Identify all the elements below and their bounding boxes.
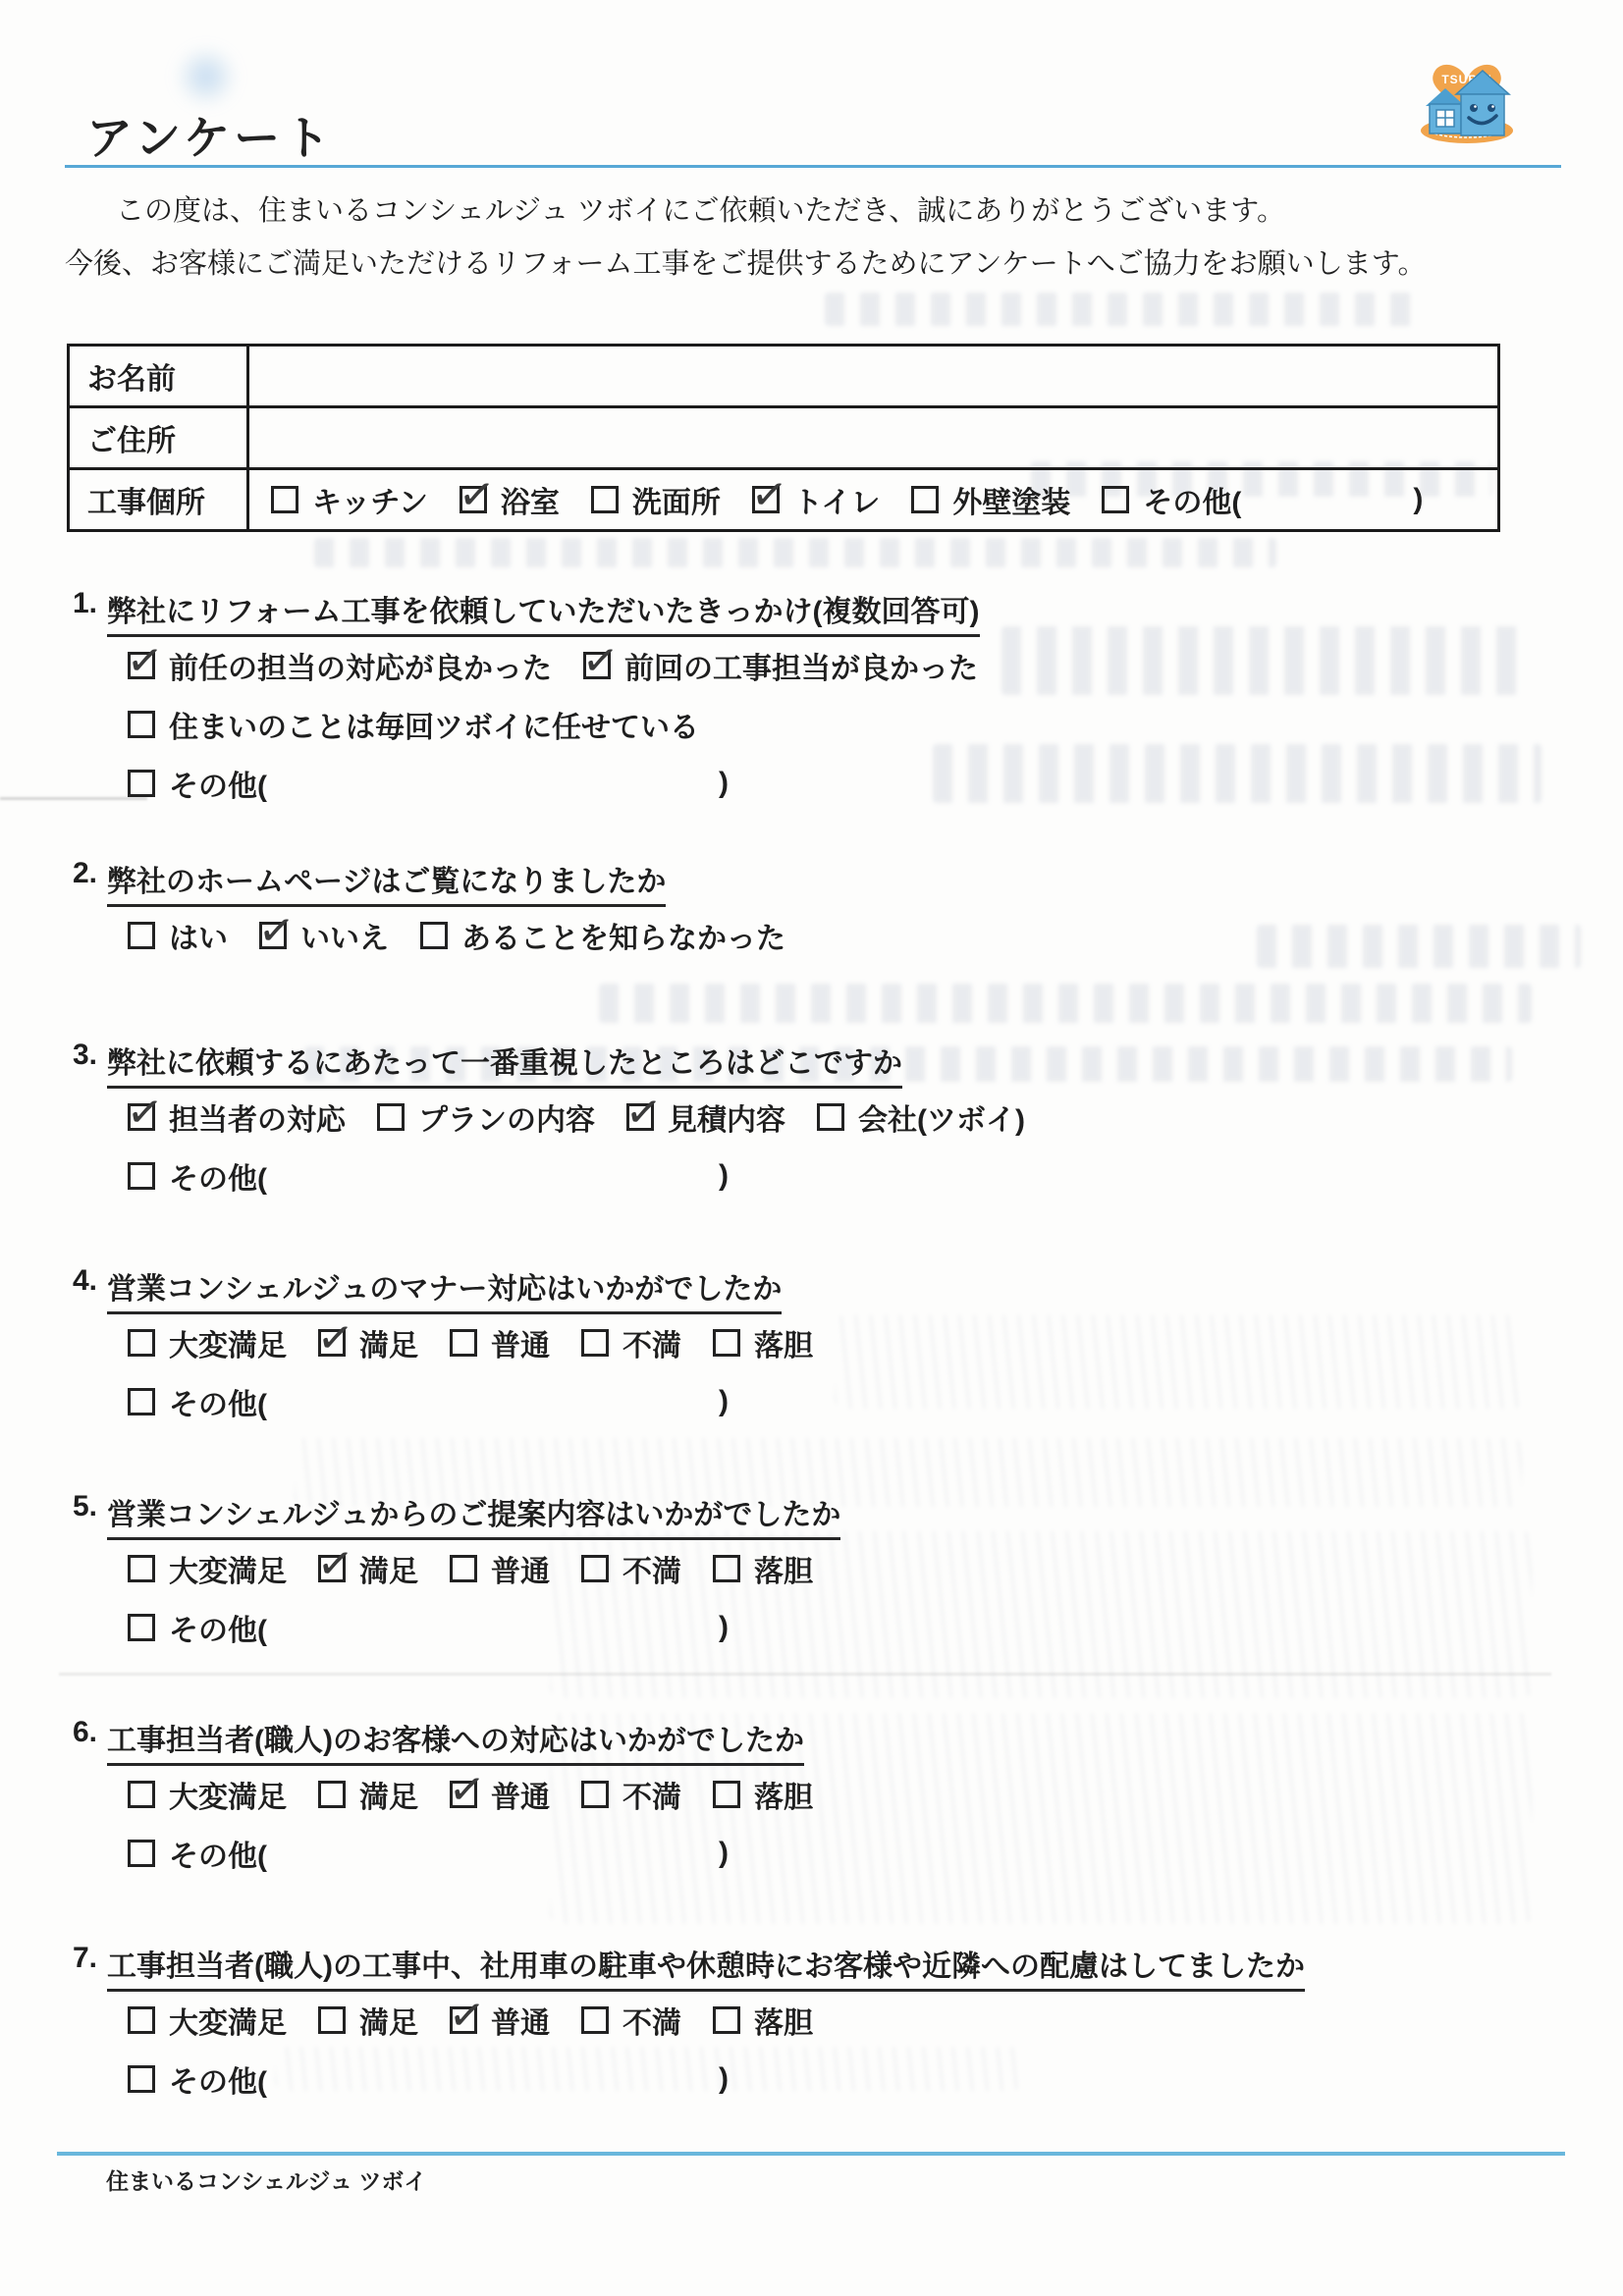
option-label: 不満 — [622, 1547, 681, 1590]
handwritten-check-icon: ✓ — [314, 1541, 355, 1588]
address-field[interactable] — [248, 407, 1499, 469]
option-label: いいえ — [300, 914, 389, 957]
option-label: その他( — [169, 1832, 267, 1875]
checkbox-unchecked[interactable] — [713, 1329, 740, 1357]
checkbox-unchecked[interactable] — [581, 2006, 609, 2034]
option-label: 不満 — [622, 1321, 681, 1364]
checkbox-unchecked[interactable] — [581, 1781, 609, 1808]
checkbox-unchecked[interactable] — [128, 1555, 155, 1582]
option-label: ) — [1413, 483, 1423, 516]
checkbox-option: ✓トイレ — [752, 478, 881, 521]
checkbox-unchecked[interactable] — [128, 922, 155, 949]
checkbox-option: ✓前任の担当の対応が良かった — [128, 644, 552, 687]
footer-rule — [57, 2152, 1565, 2156]
option-label: 外壁塗装 — [952, 478, 1070, 521]
question-1: 1.弊社にリフォーム工事を依頼していただいたきっかけ(複数回答可)✓前任の担当の… — [73, 587, 1545, 813]
title-underline-rule — [65, 165, 1561, 168]
checkbox-option: ✓前回の工事担当が良かった — [583, 644, 978, 687]
option-row: 大変満足✓満足普通不満落胆 — [73, 1313, 1545, 1372]
intro-line-2: 今後、お客様にご満足いただけるリフォーム工事をご提供するためにアンケートへご協力… — [65, 241, 1427, 282]
checkbox-checked[interactable]: ✓ — [318, 1329, 346, 1357]
option-row: その他() — [73, 754, 1545, 813]
checkbox-option: 落胆 — [713, 1547, 813, 1590]
option-label: 住まいのことは毎回ツボイに任せている — [169, 703, 699, 746]
checkbox-option: 大変満足 — [128, 1999, 287, 2042]
option-label: その他( — [169, 1154, 267, 1198]
checkbox-option: あることを知らなかった — [420, 914, 785, 957]
option-label: 落胆 — [754, 1321, 813, 1364]
checkbox-option: 住まいのことは毎回ツボイに任せている — [128, 703, 699, 746]
checkbox-option: 大変満足 — [128, 1547, 287, 1590]
checkbox-unchecked[interactable] — [713, 2006, 740, 2034]
checkbox-unchecked[interactable] — [420, 922, 448, 949]
checkbox-unchecked[interactable] — [128, 1614, 155, 1641]
option-label: キッチン — [312, 478, 428, 521]
option-label: 浴室 — [501, 478, 560, 521]
option-label: ) — [719, 1837, 729, 1870]
question-6: 6.工事担当者(職人)のお客様への対応はいかがでしたか大変満足満足✓普通不満落胆… — [73, 1716, 1545, 1883]
handwritten-check-icon: ✓ — [255, 908, 297, 955]
table-row-worksite: 工事個所 キッチン✓浴室洗面所✓トイレ外壁塗装その他() — [69, 469, 1499, 531]
option-label: 大変満足 — [169, 1773, 287, 1816]
question-7: 7.工事担当者(職人)の工事中、社用車の駐車や休憩時にお客様や近隣への配慮はして… — [73, 1942, 1545, 2109]
option-label: 洗面所 — [632, 478, 721, 521]
checkbox-option: 普通 — [450, 1321, 550, 1364]
checkbox-checked[interactable]: ✓ — [626, 1103, 654, 1131]
question-number: 3. — [73, 1039, 97, 1072]
option-row: その他() — [73, 1372, 1545, 1431]
option-label: ) — [719, 1611, 729, 1644]
option-row: 大変満足満足✓普通不満落胆 — [73, 1765, 1545, 1824]
checkbox-option: その他() — [128, 2057, 729, 2101]
row-label-address: ご住所 — [69, 407, 248, 469]
checkbox-option: その他() — [128, 762, 729, 805]
option-label: 落胆 — [754, 1999, 813, 2042]
question-number: 2. — [73, 857, 97, 890]
checkbox-option: ✓満足 — [318, 1547, 418, 1590]
checkbox-option: キッチン — [271, 478, 428, 521]
checkbox-unchecked[interactable] — [713, 1555, 740, 1582]
handwritten-check-icon: ✓ — [748, 472, 789, 519]
checkbox-checked[interactable]: ✓ — [259, 922, 287, 949]
checkbox-unchecked[interactable] — [450, 1329, 477, 1357]
option-label: その他( — [169, 1606, 267, 1649]
checkbox-option: 会社(ツボイ) — [817, 1095, 1025, 1139]
checkbox-checked[interactable]: ✓ — [450, 2006, 477, 2034]
checkbox-unchecked[interactable] — [128, 1781, 155, 1808]
question-title: 営業コンシェルジュのマナー対応はいかがでしたか — [107, 1264, 782, 1314]
checkbox-unchecked[interactable] — [581, 1555, 609, 1582]
option-row: その他() — [73, 2050, 1545, 2109]
checkbox-option: ✓普通 — [450, 1999, 550, 2042]
checkbox-unchecked[interactable] — [128, 2065, 155, 2093]
checkbox-option: ✓担当者の対応 — [128, 1095, 346, 1139]
option-label: 満足 — [359, 1547, 418, 1590]
checkbox-option: その他() — [128, 1832, 729, 1875]
option-label: ) — [719, 2062, 729, 2096]
option-row: その他() — [73, 1598, 1545, 1657]
option-row: ✓前任の担当の対応が良かった✓前回の工事担当が良かった — [73, 636, 1545, 695]
questions: 1.弊社にリフォーム工事を依頼していただいたきっかけ(複数回答可)✓前任の担当の… — [73, 587, 1545, 2153]
option-label: その他( — [169, 2057, 267, 2101]
option-label: 普通 — [491, 1773, 550, 1816]
checkbox-unchecked[interactable] — [128, 1388, 155, 1415]
checkbox-checked[interactable]: ✓ — [583, 652, 611, 679]
option-label: ) — [719, 1159, 729, 1193]
option-row: 大変満足満足✓普通不満落胆 — [73, 1991, 1545, 2050]
info-table: お名前 ご住所 工事個所 キッチン✓浴室洗面所✓トイレ外壁塗装その他() — [67, 344, 1500, 532]
option-label: トイレ — [793, 478, 881, 521]
checkbox-option: 不満 — [581, 1321, 681, 1364]
checkbox-option: 外壁塗装 — [911, 478, 1070, 521]
question-number: 7. — [73, 1942, 97, 1975]
checkbox-unchecked[interactable] — [318, 2006, 346, 2034]
option-label: はい — [169, 914, 228, 957]
checkbox-option: はい — [128, 914, 228, 957]
checkbox-checked[interactable]: ✓ — [318, 1555, 346, 1582]
option-label: 見積内容 — [668, 1095, 785, 1139]
handwritten-check-icon: ✓ — [446, 1767, 487, 1814]
option-label: 満足 — [359, 1999, 418, 2042]
handwritten-check-icon: ✓ — [456, 472, 497, 519]
option-label: 大変満足 — [169, 1547, 287, 1590]
handwritten-check-icon: ✓ — [314, 1315, 355, 1362]
handwritten-check-icon: ✓ — [622, 1090, 664, 1137]
checkbox-unchecked[interactable] — [581, 1329, 609, 1357]
checkbox-unchecked[interactable] — [128, 2006, 155, 2034]
checkbox-unchecked[interactable] — [817, 1103, 844, 1131]
checkbox-option: その他() — [128, 1380, 729, 1423]
bleedthrough-artifact — [314, 538, 1276, 567]
checkbox-option: 落胆 — [713, 1321, 813, 1364]
option-label: プランの内容 — [418, 1095, 595, 1139]
question-title: 営業コンシェルジュからのご提案内容はいかがでしたか — [107, 1490, 840, 1540]
option-row: ✓担当者の対応プランの内容✓見積内容会社(ツボイ) — [73, 1088, 1545, 1147]
checkbox-checked[interactable]: ✓ — [128, 652, 155, 679]
option-label: 普通 — [491, 1321, 550, 1364]
option-label: 落胆 — [754, 1547, 813, 1590]
option-label: あることを知らなかった — [461, 914, 785, 957]
question-title: 工事担当者(職人)のお客様への対応はいかがでしたか — [107, 1716, 804, 1766]
checkbox-unchecked[interactable] — [128, 1329, 155, 1357]
checkbox-option: 普通 — [450, 1547, 550, 1590]
question-4: 4.営業コンシェルジュのマナー対応はいかがでしたか大変満足✓満足普通不満落胆その… — [73, 1264, 1545, 1431]
footer-company-name: 住まいるコンシェルジュ ツボイ — [106, 2163, 426, 2196]
option-row: その他() — [73, 1147, 1545, 1205]
question-number: 5. — [73, 1490, 97, 1523]
option-label: 大変満足 — [169, 1321, 287, 1364]
option-label: 不満 — [622, 1773, 681, 1816]
checkbox-checked[interactable]: ✓ — [450, 1781, 477, 1808]
checkbox-option: ✓普通 — [450, 1773, 550, 1816]
question-number: 1. — [73, 587, 97, 620]
tsuboi-mascot-icon: TSUBOI — [1412, 51, 1522, 149]
handwritten-check-icon: ✓ — [124, 638, 165, 685]
checkbox-option: 不満 — [581, 1773, 681, 1816]
question-title: 弊社に依頼するにあたって一番重視したところはどこですか — [107, 1039, 902, 1089]
option-row: はい✓いいえあることを知らなかった — [73, 906, 1545, 965]
question-3: 3.弊社に依頼するにあたって一番重視したところはどこですか✓担当者の対応プランの… — [73, 1039, 1545, 1205]
checkbox-unchecked[interactable] — [271, 486, 298, 513]
option-label: 不満 — [622, 1999, 681, 2042]
checkbox-unchecked[interactable] — [591, 486, 619, 513]
checkbox-unchecked[interactable] — [450, 1555, 477, 1582]
checkbox-unchecked[interactable] — [128, 1840, 155, 1867]
table-row-address: ご住所 — [69, 407, 1499, 469]
question-number: 4. — [73, 1264, 97, 1298]
checkbox-unchecked[interactable] — [1102, 486, 1129, 513]
checkbox-option: 不満 — [581, 1547, 681, 1590]
question-number: 6. — [73, 1716, 97, 1749]
checkbox-unchecked[interactable] — [911, 486, 939, 513]
option-label: その他( — [1143, 478, 1241, 521]
handwritten-check-icon: ✓ — [446, 1993, 487, 2040]
checkbox-option: その他() — [128, 1606, 729, 1649]
option-label: 満足 — [359, 1321, 418, 1364]
option-row: その他() — [73, 1824, 1545, 1883]
option-label: 前任の担当の対応が良かった — [169, 644, 552, 687]
row-label-worksite: 工事個所 — [69, 469, 248, 531]
bleedthrough-artifact — [825, 293, 1414, 326]
checkbox-checked[interactable]: ✓ — [752, 486, 780, 513]
option-label: 会社(ツボイ) — [858, 1095, 1025, 1139]
question-2: 2.弊社のホームページはご覧になりましたかはい✓いいえあることを知らなかった — [73, 857, 1545, 965]
scan-smudge — [172, 47, 241, 106]
page-title: アンケート — [86, 102, 334, 168]
checkbox-unchecked[interactable] — [377, 1103, 405, 1131]
question-5: 5.営業コンシェルジュからのご提案内容はいかがでしたか大変満足✓満足普通不満落胆… — [73, 1490, 1545, 1657]
checkbox-option: 満足 — [318, 1999, 418, 2042]
checkbox-unchecked[interactable] — [713, 1781, 740, 1808]
checkbox-unchecked[interactable] — [128, 770, 155, 797]
checkbox-option: ✓浴室 — [460, 478, 560, 521]
checkbox-option: その他() — [1102, 478, 1423, 521]
checkbox-unchecked[interactable] — [128, 1162, 155, 1190]
option-label: 前回の工事担当が良かった — [624, 644, 978, 687]
tsuboi-logo: TSUBOI — [1412, 51, 1522, 149]
intro-line-1: この度は、住まいるコンシェルジュ ツボイにご依頼いただき、誠にありがとうございま… — [116, 188, 1285, 229]
row-label-name: お名前 — [69, 346, 248, 407]
option-label: 担当者の対応 — [169, 1095, 346, 1139]
option-label: 満足 — [359, 1773, 418, 1816]
option-row: 住まいのことは毎回ツボイに任せている — [73, 695, 1545, 754]
checkbox-option: ✓見積内容 — [626, 1095, 785, 1139]
handwritten-check-icon: ✓ — [579, 638, 621, 685]
checkbox-option: 満足 — [318, 1773, 418, 1816]
checkbox-unchecked[interactable] — [318, 1781, 346, 1808]
checkbox-option: 落胆 — [713, 1999, 813, 2042]
option-label: ) — [719, 1385, 729, 1418]
option-row: 大変満足✓満足普通不満落胆 — [73, 1539, 1545, 1598]
option-label: 普通 — [491, 1999, 550, 2042]
checkbox-option: ✓満足 — [318, 1321, 418, 1364]
checkbox-option: 不満 — [581, 1999, 681, 2042]
option-label: 大変満足 — [169, 1999, 287, 2042]
question-title: 弊社のホームページはご覧になりましたか — [107, 857, 666, 907]
option-label: 普通 — [491, 1547, 550, 1590]
checkbox-option: 大変満足 — [128, 1773, 287, 1816]
checkbox-option: 洗面所 — [591, 478, 721, 521]
checkbox-option: 大変満足 — [128, 1321, 287, 1364]
name-field[interactable] — [248, 346, 1499, 407]
checkbox-checked[interactable]: ✓ — [128, 1103, 155, 1131]
checkbox-unchecked[interactable] — [128, 711, 155, 738]
worksite-options: キッチン✓浴室洗面所✓トイレ外壁塗装その他() — [271, 478, 1497, 521]
checkbox-option: 落胆 — [713, 1773, 813, 1816]
option-label: その他( — [169, 1380, 267, 1423]
option-label: その他( — [169, 762, 267, 805]
checkbox-option: プランの内容 — [377, 1095, 595, 1139]
question-title: 工事担当者(職人)の工事中、社用車の駐車や休憩時にお客様や近隣への配慮はしてまし… — [107, 1942, 1305, 1992]
option-label: ) — [719, 767, 729, 800]
checkbox-option: その他() — [128, 1154, 729, 1198]
question-title: 弊社にリフォーム工事を依頼していただいたきっかけ(複数回答可) — [107, 587, 979, 637]
option-label: 落胆 — [754, 1773, 813, 1816]
checkbox-option: ✓いいえ — [259, 914, 389, 957]
checkbox-checked[interactable]: ✓ — [460, 486, 487, 513]
table-row-name: お名前 — [69, 346, 1499, 407]
handwritten-check-icon: ✓ — [124, 1090, 165, 1137]
scanned-questionnaire-page: アンケート TSUBOI この度は、住まいるコンシェルジュ ツボイにご依頼いただ… — [0, 0, 1623, 2296]
